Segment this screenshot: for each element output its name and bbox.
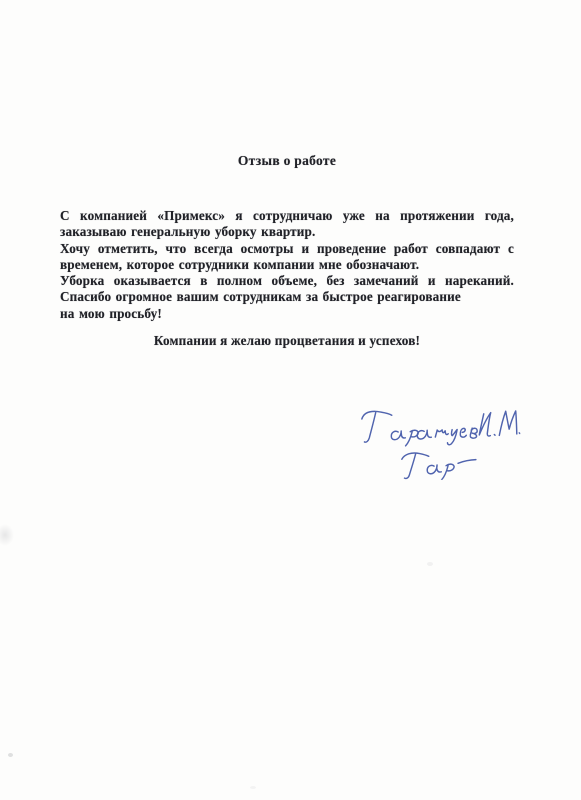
letter-body: С компанией «Примекс» я сотрудничаю уже … bbox=[60, 208, 514, 322]
body-line: на мою просьбу! bbox=[60, 306, 514, 322]
scan-smudge bbox=[0, 524, 14, 546]
body-line: Спасибо огромное вашим сотрудникам за бы… bbox=[60, 289, 514, 305]
signature-block bbox=[0, 0, 581, 800]
scanned-letter-page: Отзыв о работе С компанией «Примекс» я с… bbox=[0, 0, 581, 800]
body-line: Хочу отметить, что всегда осмотры и пров… bbox=[60, 241, 514, 257]
body-line: заказываю генеральную уборку квартир. bbox=[60, 224, 514, 240]
body-line: С компанией «Примекс» я сотрудничаю уже … bbox=[60, 208, 514, 224]
signature-flourish-handwriting bbox=[393, 446, 480, 482]
scan-speck bbox=[8, 753, 13, 757]
scan-speck bbox=[250, 786, 256, 789]
signature-name-handwriting bbox=[355, 400, 520, 448]
document-title: Отзыв о работе bbox=[60, 152, 514, 169]
closing-line: Компании я желаю процветания и успехов! bbox=[60, 333, 514, 349]
body-line: временем, которое сотрудники компании мн… bbox=[60, 257, 514, 273]
scan-speck bbox=[427, 562, 433, 566]
body-line: Уборка оказывается в полном объеме, без … bbox=[60, 273, 514, 289]
